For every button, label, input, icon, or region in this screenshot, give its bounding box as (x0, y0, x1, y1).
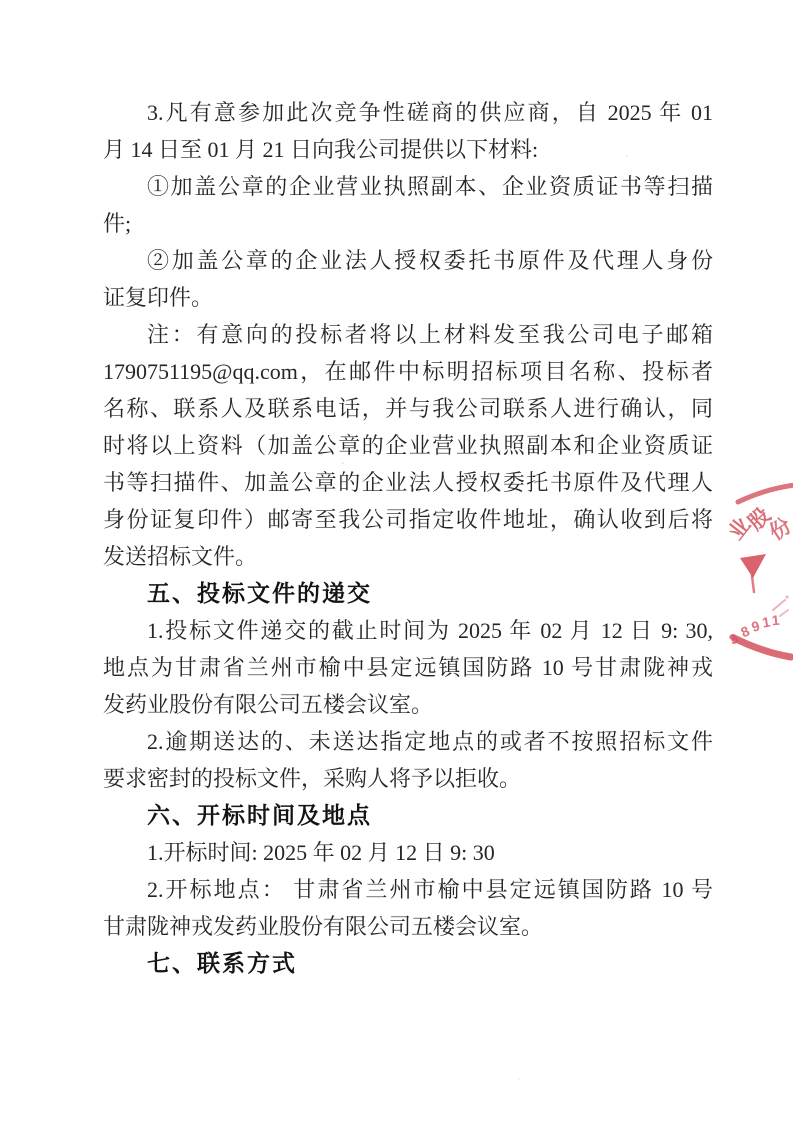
seal-bottom-arc-shape (734, 638, 791, 657)
text-line: 甘肃陇神戎发药业股份有限公司五楼会议室。 (103, 908, 713, 945)
seal-digit: 1 (771, 612, 780, 629)
seal-faint-mark-shape (780, 610, 788, 616)
section-heading: 五、投标文件的递交 (103, 575, 713, 612)
seal-digit: 1 (761, 613, 772, 630)
text-line: 件; (103, 205, 713, 242)
text-line: ①加盖公章的企业营业执照副本、企业资质证书等扫描 (103, 168, 713, 205)
section-heading: 六、开标时间及地点 (103, 797, 713, 834)
text-line: 书等扫描件、加盖公章的企业法人授权委托书原件及代理人 (103, 464, 713, 501)
text-line: 发药业股份有限公司五楼会议室。 (103, 686, 713, 723)
seal-faint-dot-shape (785, 595, 788, 598)
text-line: 1790751195@qq.com，在邮件中标明招标项目名称、投标者 (103, 353, 713, 390)
text-line: 2.逾期送达的、未送达指定地点的或者不按照招标文件 (103, 723, 713, 760)
seal-top-arc-shape (738, 485, 793, 502)
text-line: 要求密封的投标文件，采购人将予以拒收。 (103, 760, 713, 797)
text-line: ②加盖公章的企业法人授权委托书原件及代理人身份 (103, 242, 713, 279)
document-page: 3.凡有意参加此次竞争性磋商的供应商，自 2025 年 01月 14 日至 01… (0, 0, 793, 1122)
text-line: 2.开标地点： 甘肃省兰州市榆中县定远镇国防路 10 号 (103, 871, 713, 908)
seal-star-icon (740, 554, 766, 578)
seal-char: 股 (744, 503, 776, 535)
seal-char: 份 (765, 513, 793, 545)
text-line: 发送招标文件。 (103, 538, 713, 575)
text-line: 身份证复印件）邮寄至我公司指定收件地址，确认收到后将 (103, 501, 713, 538)
seal-digit: 9 (749, 617, 761, 635)
text-line: 1.开标时间: 2025 年 02 月 12 日 9: 30 (103, 834, 713, 871)
text-line: 注：有意向的投标者将以上材料发至我公司电子邮箱 (103, 316, 713, 353)
text-line: 月 14 日至 01 月 21 日向我公司提供以下材料: (103, 131, 713, 168)
text-line: 时将以上资料（加盖公章的企业营业执照副本和企业资质证 (103, 427, 713, 464)
text-block: 3.凡有意参加此次竞争性磋商的供应商，自 2025 年 01月 14 日至 01… (103, 94, 713, 982)
section-heading: 七、联系方式 (103, 945, 713, 982)
text-line: 1.投标文件递交的截止时间为 2025 年 02 月 12 日 9: 30, (103, 612, 713, 649)
text-line: 名称、联系人及联系电话，并与我公司联系人进行确认，同 (103, 390, 713, 427)
seal-digit: 3 (726, 630, 741, 648)
text-line: 地点为甘肃省兰州市榆中县定远镇国防路 10 号甘肃陇神戎 (103, 649, 713, 686)
seal-char: 业 (724, 514, 755, 545)
seal-star-tail-shape (752, 576, 754, 592)
seal-digit: 8 (738, 622, 752, 640)
text-line: 证复印件。 (103, 279, 713, 316)
seal-faint-mark-shape (773, 600, 785, 610)
company-seal-stamp: 业 股 份 3 8 9 1 1 (700, 440, 793, 700)
text-line: 3.凡有意参加此次竞争性磋商的供应商，自 2025 年 01 (103, 94, 713, 131)
